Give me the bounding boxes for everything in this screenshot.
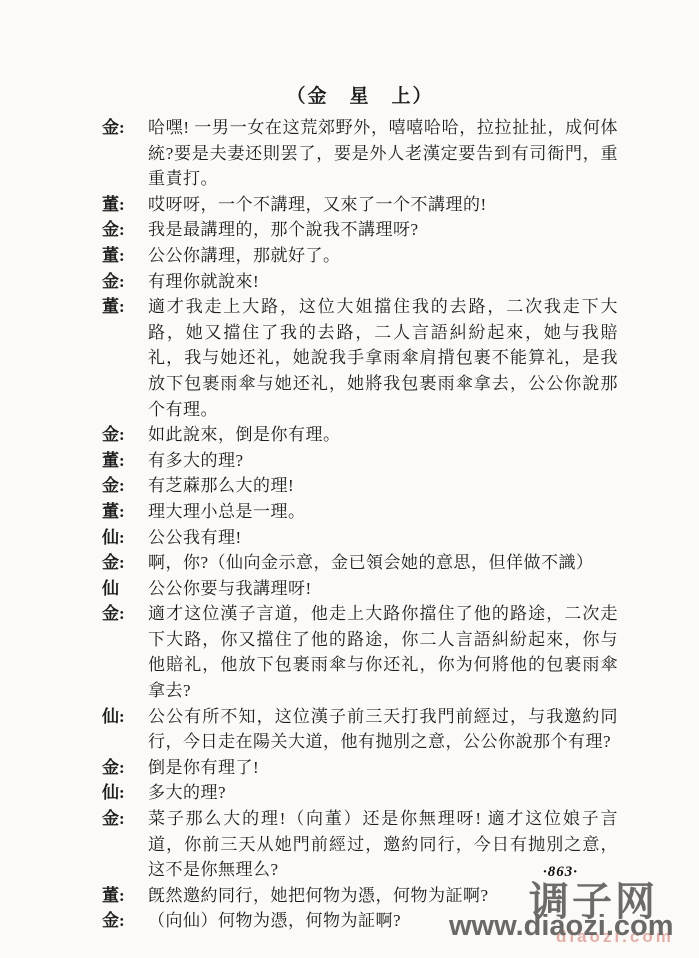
speech-line: 董: 公公你講理，那就好了。: [102, 243, 618, 269]
speech-line: 金: 我是最講理的，那个說我不講理呀?: [102, 217, 618, 243]
speech-line: 金: 有理你就說來!: [102, 269, 618, 295]
speaker-label: 金:: [102, 473, 125, 499]
speaker-label: 仙: [102, 576, 119, 602]
speech-text: 有多大的理?: [148, 451, 244, 470]
speaker-label: 金:: [102, 755, 125, 781]
speech-text: 公公有所不知，这位漢子前三天打我門前經过，与我邀約同行，今日走在陽关大道，他有抛…: [148, 707, 618, 752]
speaker-label: 金:: [102, 217, 125, 243]
speech-text: 適才这位漢子言道，他走上大路你擋住了他的路途，二次走下大路，你又擋住了他的路途，…: [148, 604, 618, 700]
speaker-label: 金:: [102, 601, 125, 627]
speaker-label: 金:: [102, 550, 125, 576]
speaker-label: 金:: [102, 908, 125, 934]
speech-line: 董: 有多大的理?: [102, 448, 618, 474]
speech-line: 仙: 公公有所不知，这位漢子前三天打我門前經过，与我邀約同行，今日走在陽关大道，…: [102, 704, 618, 755]
speaker-label: 金:: [102, 269, 125, 295]
speech-text: 適才我走上大路，这位大姐擋住我的去路，二次我走下大路，她又擋住了我的去路，二人言…: [148, 297, 618, 418]
speech-text: 我是最講理的，那个說我不講理呀?: [148, 220, 419, 239]
speech-line: 金: 啊，你?（仙向金示意，金已領会她的意思，但佯做不識）: [102, 550, 618, 576]
speaker-label: 董:: [102, 883, 125, 909]
speech-line: 董: 理大理小总是一理。: [102, 499, 618, 525]
speech-text: 有理你就說來!: [148, 272, 259, 291]
speech-line: 金: 哈嘿! 一男一女在这荒郊野外，嘻嘻哈哈，拉拉扯扯，成何体統?要是夫妻还則罢…: [102, 115, 618, 192]
speaker-label: 金:: [102, 422, 125, 448]
speaker-label: 金:: [102, 806, 125, 832]
speaker-label: 董:: [102, 243, 125, 269]
speech-text: 倒是你有理了!: [148, 758, 259, 777]
scanned-script-page: （金 星 上） 金: 哈嘿! 一男一女在这荒郊野外，嘻嘻哈哈，拉拉扯扯，成何体統…: [0, 0, 699, 958]
speech-text: 公公你要与我講理呀!: [148, 579, 312, 598]
speech-line: 董: 適才我走上大路，这位大姐擋住我的去路，二次我走下大路，她又擋住了我的去路，…: [102, 294, 618, 422]
speaker-label: 董:: [102, 294, 125, 320]
watermark-site-url: www.diaozi.com: [449, 910, 674, 943]
speech-line: 金: 如此說來，倒是你有理。: [102, 422, 618, 448]
speaker-label: 仙:: [102, 780, 125, 806]
speech-line: 金: 適才这位漢子言道，他走上大路你擋住了他的路途，二次走下大路，你又擋住了他的…: [102, 601, 618, 703]
speech-text: 公公我有理!: [148, 528, 242, 547]
speech-line: 金: 倒是你有理了!: [102, 755, 618, 781]
speech-text: 理大理小总是一理。: [148, 502, 306, 521]
speech-text: 有芝蔴那么大的理!: [148, 476, 294, 495]
speech-text: 哈嘿! 一男一女在这荒郊野外，嘻嘻哈哈，拉拉扯扯，成何体統?要是夫妻还則罢了，要…: [148, 118, 618, 188]
speech-text: 旣然邀約同行，她把何物为憑，何物为証啊?: [148, 886, 489, 905]
speech-line: 仙 公公你要与我講理呀!: [102, 576, 618, 602]
speech-text: 如此說來，倒是你有理。: [148, 425, 341, 444]
speech-line: 仙: 公公我有理!: [102, 525, 618, 551]
page-content: （金 星 上） 金: 哈嘿! 一男一女在这荒郊野外，嘻嘻哈哈，拉拉扯扯，成何体統…: [102, 84, 618, 934]
speech-line: 金: 有芝蔴那么大的理!: [102, 473, 618, 499]
speech-line: 仙: 多大的理?: [102, 780, 618, 806]
stage-direction-title: （金 星 上）: [102, 84, 618, 110]
speaker-label: 金:: [102, 115, 125, 141]
speaker-label: 仙:: [102, 525, 125, 551]
speech-text: 多大的理?: [148, 783, 226, 802]
speaker-label: 董:: [102, 448, 125, 474]
speech-text: 哎呀呀，一个不講理，又來了一个不講理的!: [148, 195, 487, 214]
speech-text: 啊，你?（仙向金示意，金已領会她的意思，但佯做不識）: [148, 553, 594, 572]
speaker-label: 董:: [102, 499, 125, 525]
speaker-label: 董:: [102, 192, 125, 218]
speech-text: （向仙）何物为憑，何物为証啊?: [148, 911, 401, 930]
speech-line: 董: 哎呀呀，一个不講理，又來了一个不講理的!: [102, 192, 618, 218]
speaker-label: 仙:: [102, 704, 125, 730]
speech-text: 公公你講理，那就好了。: [148, 246, 341, 265]
